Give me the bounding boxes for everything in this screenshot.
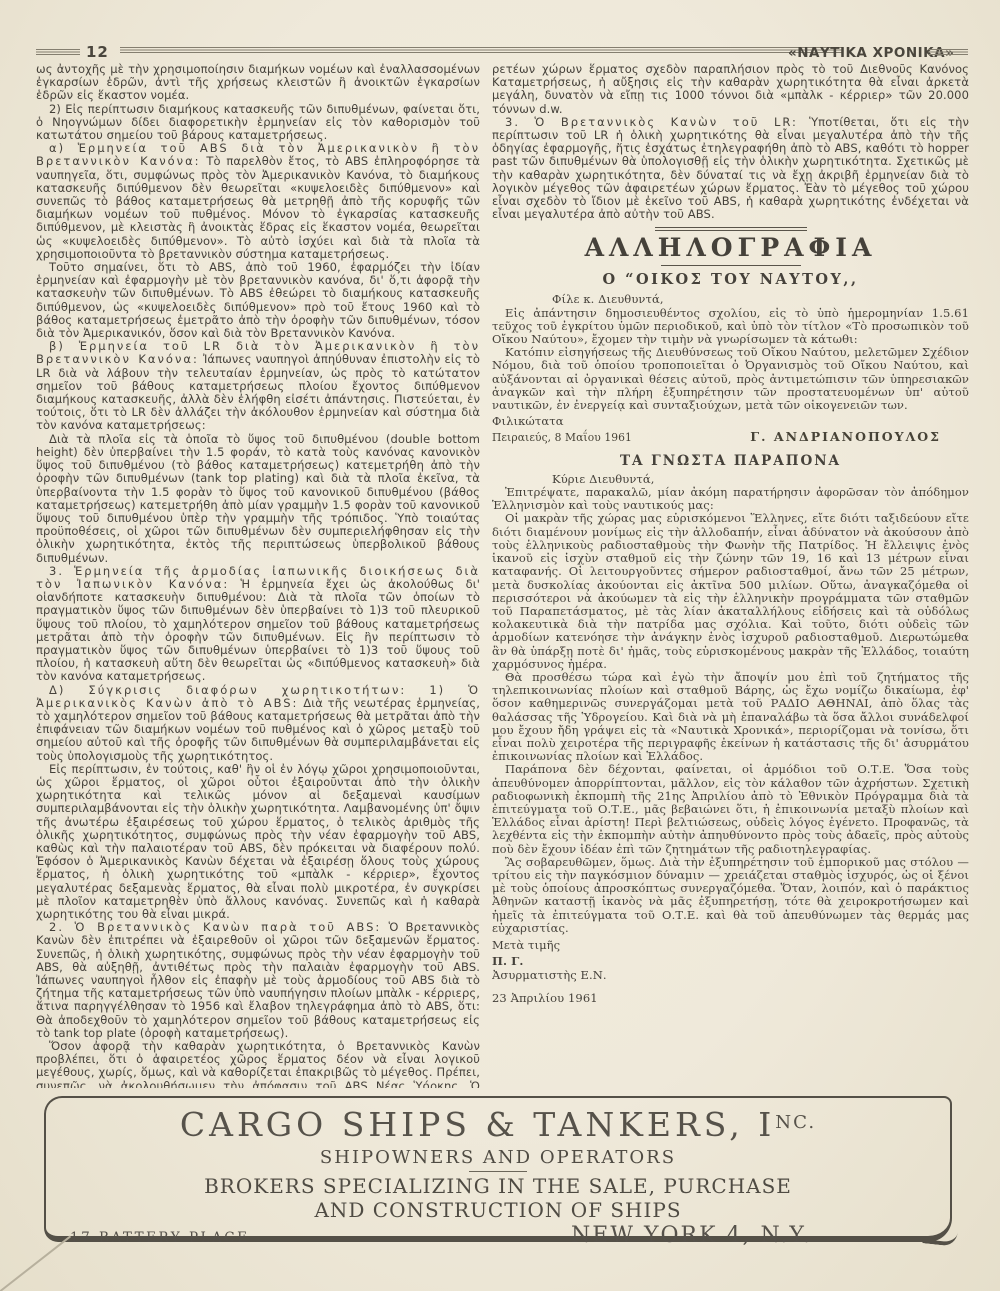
paragraph-text: Τοῦτο σημαίνει, ὅτι τὸ ABS, ἀπὸ τοῦ 1960…: [36, 260, 480, 340]
letter2-paragraph: Ἂς σοβαρευθῶμεν, ὅμως. Διὰ τὴν ἐξυπηρέτη…: [492, 856, 969, 935]
page-number: 12: [86, 43, 109, 61]
letter1-paragraph: Εἰς ἀπάντησιν δημοσιευθέντος σχολίου, εἰ…: [492, 307, 969, 347]
article-paragraph: 2. Ὁ Βρεταννικὸς Κανὼν παρὰ τοῦ ABS: Ὁ Β…: [36, 921, 480, 1040]
ad-address: 17 BATTERY PLACE: [70, 1230, 249, 1248]
run-in-heading: 2. Ὁ Βρεταννικὸς Κανὼν παρὰ τοῦ ABS:: [49, 920, 381, 934]
article-paragraph: 3. Ἑρμηνεία τῆς ἁρμοδίας ἰαπωνικῆς διοικ…: [36, 565, 480, 684]
letter1-place-date: Πειραιεύς, 8 Μαΐου 1961: [492, 432, 632, 444]
article-paragraph: β) Ἑρμηνεία τοῦ LR διὰ τὸν Ἀμερικανικὸν …: [36, 340, 480, 432]
ad-city: NEW YORK 4, N.Y.: [571, 1223, 940, 1248]
paragraph-text: Ὑποτίθεται, ὅτι εἰς τὴν περίπτωσιν τοῦ L…: [492, 115, 969, 221]
paragraph-text: ως ἀντοχῆς μὲ τὴν χρησιμοποίησιν διαμήκω…: [36, 63, 480, 102]
paragraph-text: Ὁ Βρεταννικὸς Κανὼν δὲν ἐπιτρέπει νὰ ἐξα…: [36, 920, 480, 1040]
header-rule-left: [36, 49, 80, 55]
correspondence-section-title: ΑΛΛΗΛΟΓΡΑΦΙΑ: [492, 234, 969, 262]
ad-subtitle: SHIPOWNERS AND OPERATORS: [46, 1147, 950, 1168]
paragraph-text: ρετέων χώρων ἕρματος σχεδὸν παραπλήσιον …: [492, 63, 969, 116]
paragraph-text: Ὅσον ἀφορᾷ τὴν καθαρὰν χωρητικότητα, ὁ Β…: [36, 1039, 480, 1088]
article-right-column: ρετέων χώρων ἕρματος σχεδὸν παραπλήσιον …: [492, 63, 969, 1093]
letter2-paragraph: Οἱ μακρὰν τῆς χώρας μας εὑρισκόμενοι Ἕλλ…: [492, 512, 969, 670]
letter1-closing: Φιλικώτατα: [492, 415, 969, 428]
letter1-title: Ο “ΟΙΚΟΣ ΤΟΥ ΝΑΥΤΟΥ,,: [492, 271, 969, 288]
letter1-paragraph: Κατόπιν εἰσηγήσεως τῆς Διευθύνσεως τοῦ Ο…: [492, 346, 969, 412]
paragraph-text: Διὰ τὰ πλοῖα εἰς τὰ ὁποῖα τὸ ὕψος τοῦ δι…: [36, 432, 480, 565]
header-rule-middle: [120, 47, 842, 53]
article-paragraph: Εἰς περίπτωσιν, ἐν τούτοις, καθ' ἣν οἱ ἐ…: [36, 763, 480, 921]
run-in-heading: 3. Ὁ Βρεταννικὸς Κανὼν τοῦ LR:: [505, 115, 798, 129]
page-corner-mark: [0, 1236, 71, 1291]
article-left-column: ως ἀντοχῆς μὲ τὴν χρησιμοποίησιν διαμήκω…: [36, 63, 480, 1088]
letter2-title: ΤΑ ΓΝΩΣΤΑ ΠΑΡΑΠΟΝΑ: [492, 453, 969, 469]
article-paragraph: Τοῦτο σημαίνει, ὅτι τὸ ABS, ἀπὸ τοῦ 1960…: [36, 261, 480, 340]
article-paragraph: Διὰ τὰ πλοῖα εἰς τὰ ὁποῖα τὸ ὕψος τοῦ δι…: [36, 433, 480, 565]
letter1-signature: Γ. ΑΝΔΡΙΑΝΟΠΟΥΛΟΣ: [750, 431, 969, 443]
article-paragraph: 2) Εἰς περίπτωσιν διαμήκους κατασκευῆς τ…: [36, 103, 480, 143]
section-rule-bottom: [661, 265, 801, 266]
header-rule-right: [928, 49, 968, 55]
article-paragraph: 3. Ὁ Βρεταννικὸς Κανὼν τοῦ LR: Ὑποτίθετα…: [492, 116, 969, 222]
ad-line1: BROKERS SPECIALIZING IN THE SALE, PURCHA…: [46, 1174, 950, 1198]
article-paragraph: α) Ἑρμηνεία τοῦ ABS διὰ τὸν Ἀμερικανικὸν…: [36, 142, 480, 261]
letter2-date: 23 Ἀπριλίου 1961: [492, 992, 969, 1005]
letter2-paragraph: Παράπονα δὲν δέχονται, φαίνεται, οἱ ἁρμό…: [492, 763, 969, 855]
ad-company-name: CARGO SHIPS & TANKERS, INC.: [46, 1105, 950, 1144]
ad-bottom-row: 17 BATTERY PLACE NEW YORK 4, N.Y.: [46, 1222, 950, 1248]
letter2-paragraph: Ἐπιτρέψατε, παρακαλῶ, μίαν ἀκόμη παρατήρ…: [492, 486, 969, 512]
letter2-signature-title: Ἀσυρματιστὴς Ε.Ν.: [492, 969, 969, 982]
paragraph-text: Εἰς περίπτωσιν, ἐν τούτοις, καθ' ἣν οἱ ἐ…: [36, 762, 480, 921]
paragraph-text: 2) Εἰς περίπτωσιν διαμήκους κατασκευῆς τ…: [36, 102, 480, 142]
magazine-page: 12 «ΝΑΥΤΙΚΑ ΧΡΟΝΙΚΑ» ως ἀντοχῆς μὲ τὴν χ…: [0, 0, 1000, 1291]
ad-company-main: CARGO SHIPS & TANKERS, I: [180, 1105, 775, 1144]
ad-divider-dash: [469, 1171, 527, 1172]
article-paragraph: Ὅσον ἀφορᾷ τὴν καθαρὰν χωρητικότητα, ὁ Β…: [36, 1040, 480, 1088]
section-rule-top: [655, 227, 807, 231]
ad-line2: AND CONSTRUCTION OF SHIPS: [46, 1198, 950, 1222]
letter1-salutation: Φίλε κ. Διευθυντά,: [492, 293, 969, 306]
ad-company-inc-suffix: NC.: [775, 1112, 816, 1133]
letter1-signature-row: Πειραιεύς, 8 Μαΐου 1961 Γ. ΑΝΔΡΙΑΝΟΠΟΥΛΟ…: [492, 431, 969, 444]
letter2-closing: Μετὰ τιμῆς: [492, 939, 969, 952]
letter2-paragraph: Θὰ προσθέσω τώρα καὶ ἐγὼ τὴν ἄποψίν μου …: [492, 671, 969, 763]
letter2-signature: Π. Γ.: [492, 955, 969, 968]
article-paragraph: Δ) Σύγκρισις διαφόρων χωρητικοτήτων: 1) …: [36, 684, 480, 763]
advertisement-cargo-ships-tankers: CARGO SHIPS & TANKERS, INC. SHIPOWNERS A…: [44, 1096, 952, 1242]
article-paragraph: ρετέων χώρων ἕρματος σχεδὸν παραπλήσιον …: [492, 63, 969, 116]
article-paragraph: ως ἀντοχῆς μὲ τὴν χρησιμοποίησιν διαμήκω…: [36, 63, 480, 103]
paragraph-text: Τὸ παρελθὸν ἔτος, τὸ ABS ἐπληροφόρησε τὰ…: [36, 154, 480, 260]
paragraph-text: Ἡ ἑρμηνεία ἔχει ὡς ἀκολούθως δι' οἱανδήπ…: [36, 577, 480, 683]
